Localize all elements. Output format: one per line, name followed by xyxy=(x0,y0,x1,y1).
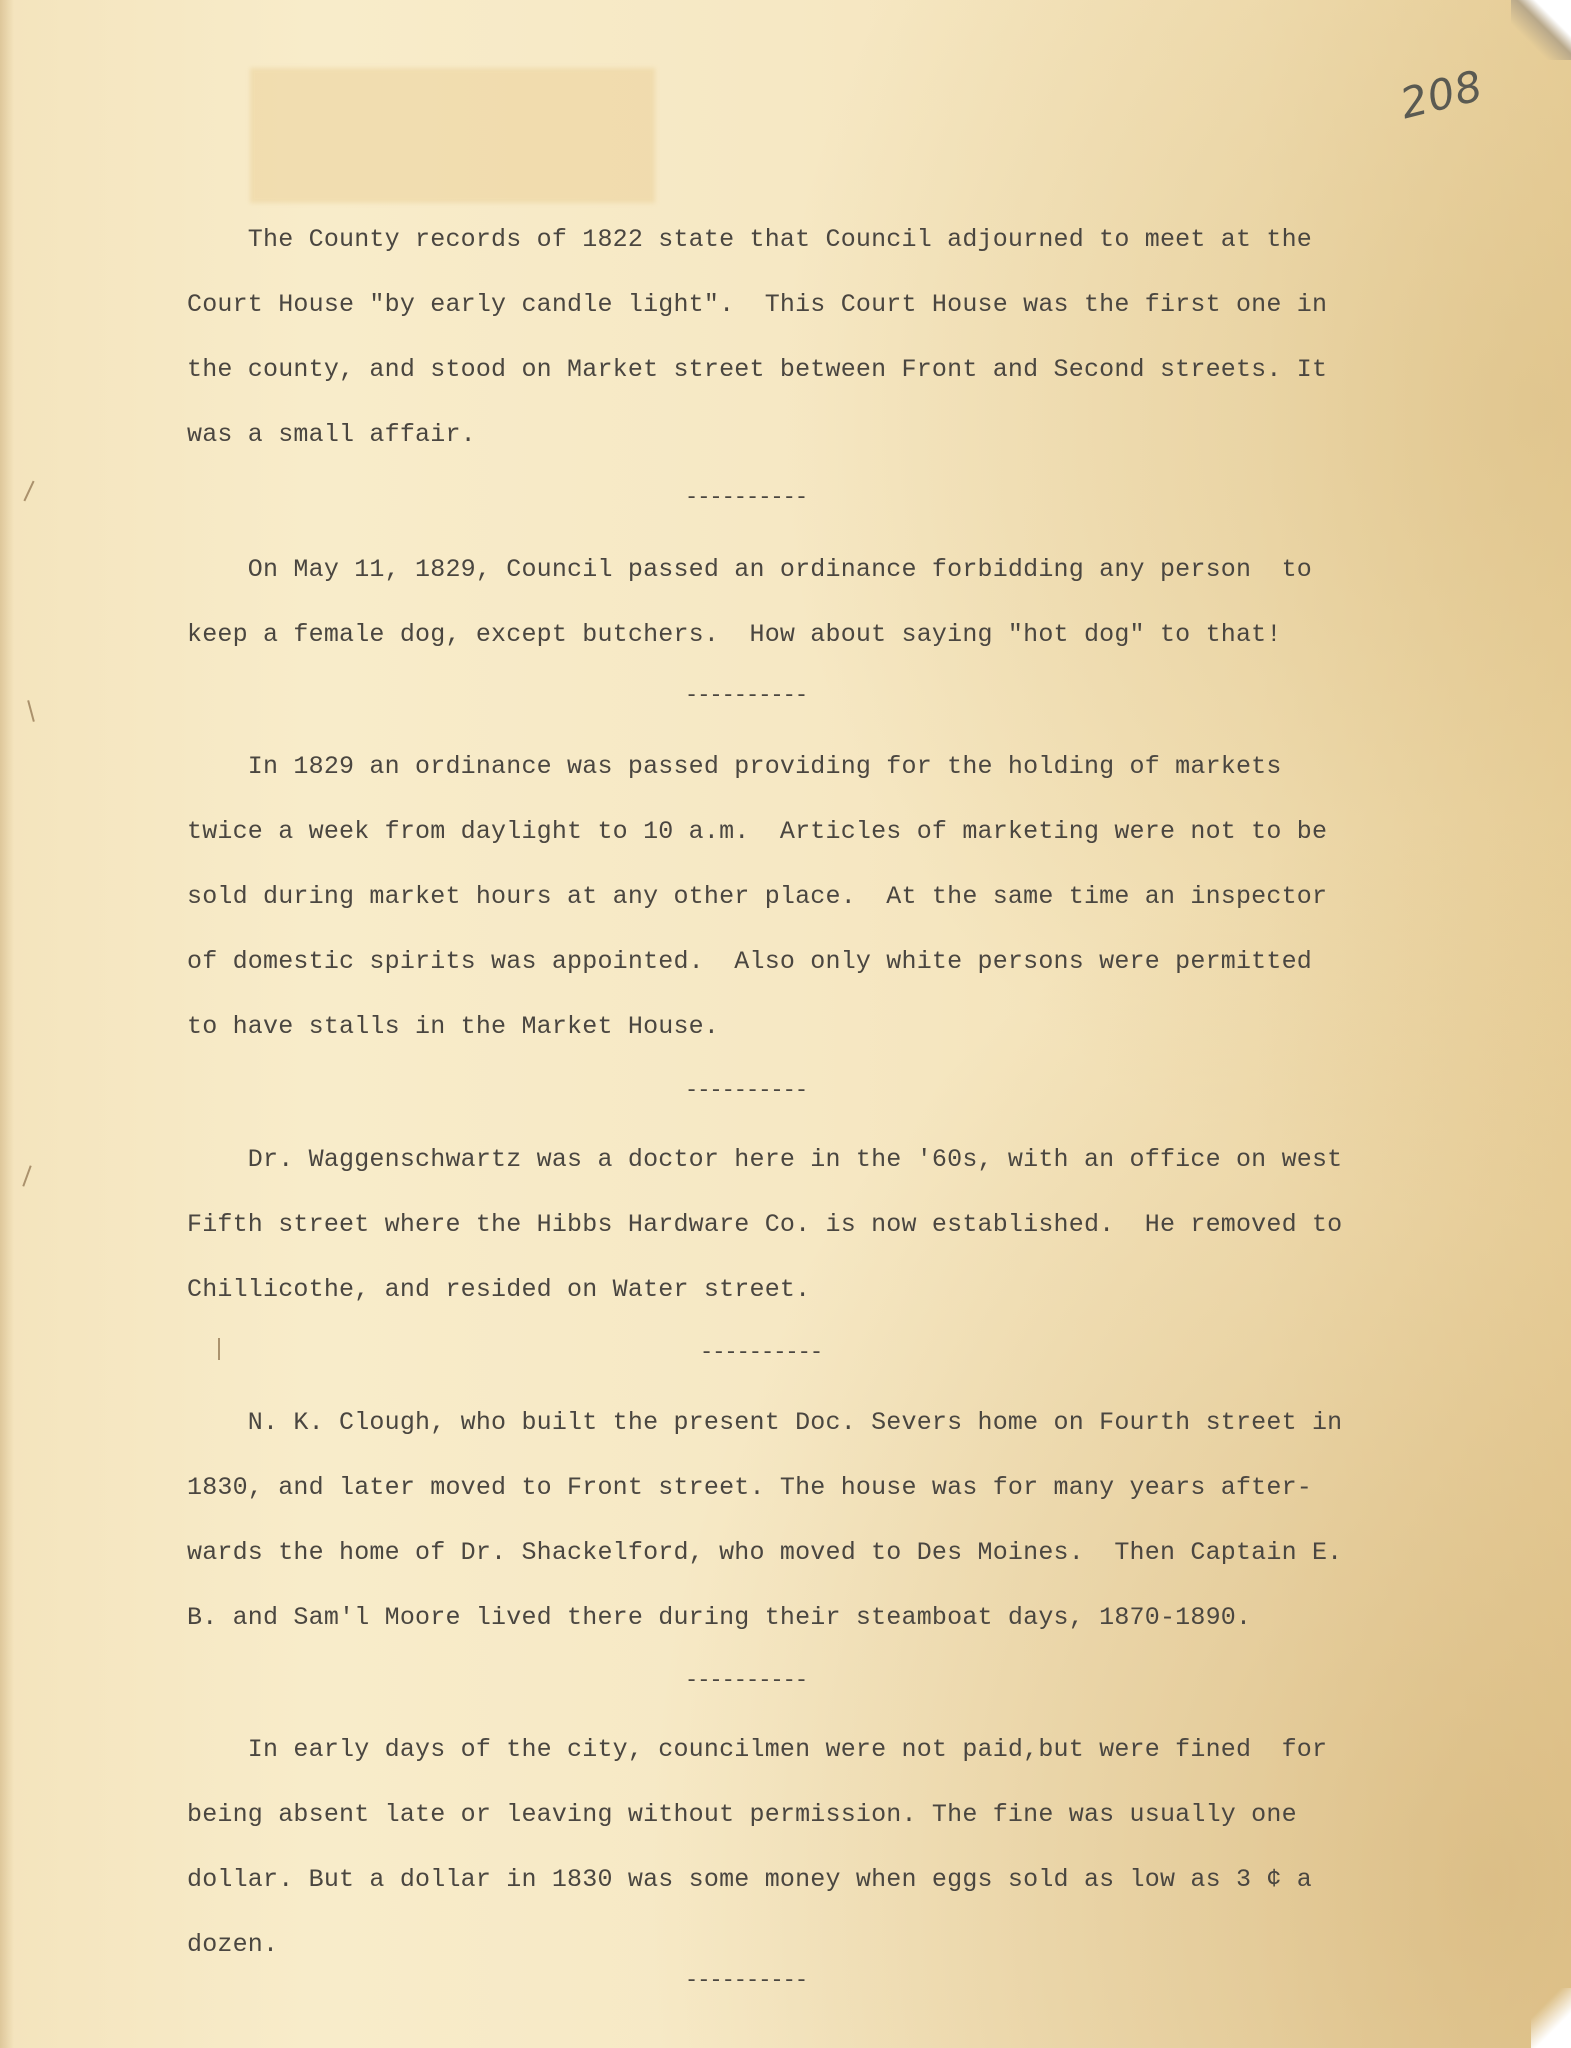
paragraph-3-line-3: sold during market hours at any other pl… xyxy=(187,882,1327,911)
paragraph-3-line-5: to have stalls in the Market House. xyxy=(187,1012,719,1041)
edge-tear-mark xyxy=(23,481,34,502)
paragraph-4-line-3: Chillicothe, and resided on Water street… xyxy=(187,1275,810,1304)
section-divider: ---------- xyxy=(685,485,807,510)
paragraph-5-line-4: B. and Sam'l Moore lived there during th… xyxy=(187,1603,1251,1632)
paragraph-3-line-4: of domestic spirits was appointed. Also … xyxy=(187,947,1312,976)
edge-tear-mark xyxy=(22,1165,31,1186)
paragraph-3-line-2: twice a week from daylight to 10 a.m. Ar… xyxy=(187,817,1327,846)
paragraph-2-line-1: On May 11, 1829, Council passed an ordin… xyxy=(187,555,1312,584)
section-divider: ---------- xyxy=(685,1078,807,1103)
section-divider: ---------- xyxy=(685,1968,807,1993)
paragraph-3-line-1: In 1829 an ordinance was passed providin… xyxy=(187,752,1282,781)
paragraph-4-line-1: Dr. Waggenschwartz was a doctor here in … xyxy=(187,1145,1342,1174)
paragraph-1-line-3: the county, and stood on Market street b… xyxy=(187,355,1327,384)
edge-tear-mark xyxy=(27,700,35,722)
paragraph-5-line-1: N. K. Clough, who built the present Doc.… xyxy=(187,1408,1342,1437)
section-divider: ---------- xyxy=(700,1340,822,1365)
section-divider: ---------- xyxy=(685,1668,807,1693)
paragraph-2-line-2: keep a female dog, except butchers. How … xyxy=(187,620,1282,649)
paper-stain xyxy=(250,68,655,203)
paragraph-4-line-2: Fifth street where the Hibbs Hardware Co… xyxy=(187,1210,1342,1239)
paragraph-6-line-4: dozen. xyxy=(187,1930,278,1959)
paragraph-6-line-1: In early days of the city, councilmen we… xyxy=(187,1735,1327,1764)
paragraph-6-line-3: dollar. But a dollar in 1830 was some mo… xyxy=(187,1865,1312,1894)
section-divider: ---------- xyxy=(685,683,807,708)
corner-fold-bottom xyxy=(1531,1988,1571,2048)
paragraph-1-line-4: was a small affair. xyxy=(187,420,476,449)
document-page: 208 The County records of 1822 state tha… xyxy=(0,0,1571,2048)
paragraph-1-line-1: The County records of 1822 state that Co… xyxy=(187,225,1312,254)
paragraph-1-line-2: Court House "by early candle light". Thi… xyxy=(187,290,1327,319)
corner-fold-top xyxy=(1511,0,1571,60)
handwritten-page-number: 208 xyxy=(1395,61,1488,129)
margin-pencil-mark xyxy=(218,1338,220,1360)
paragraph-5-line-3: wards the home of Dr. Shackelford, who m… xyxy=(187,1538,1342,1567)
page-edge-shadow xyxy=(0,0,14,2048)
paragraph-5-line-2: 1830, and later moved to Front street. T… xyxy=(187,1473,1312,1502)
paragraph-6-line-2: being absent late or leaving without per… xyxy=(187,1800,1297,1829)
